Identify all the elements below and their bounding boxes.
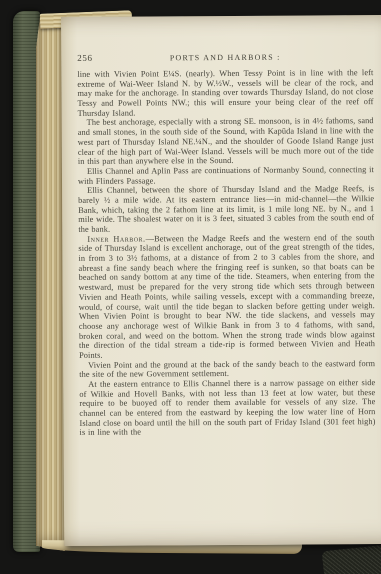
paragraph-continuation: line with Vivien Point E¼S. (nearly). Wh…: [77, 68, 373, 118]
paragraph-text: At the eastern entrance to Ellis Channel…: [79, 378, 375, 437]
paragraph-text: Ellis Channel, between the shore of Thur…: [78, 184, 374, 234]
paragraph: Ellis Channel, between the shore of Thur…: [78, 184, 374, 234]
paragraph: Vivien Point and the ground at the back …: [79, 359, 375, 380]
paragraph-text: line with Vivien Point E¼S. (nearly). Wh…: [77, 68, 373, 118]
book-cover-edge: [13, 11, 40, 552]
back-cover-corner: [322, 545, 381, 574]
paragraph: Ellis Channel and Aplin Pass are continu…: [78, 165, 374, 186]
section-heading: Inner Harbor.: [87, 234, 145, 243]
book-page: 256 PORTS AND HARBORS : line with Vivien…: [61, 15, 381, 546]
paragraph: At the eastern entrance to Ellis Channel…: [79, 378, 375, 438]
paragraph-text: Ellis Channel and Aplin Pass are continu…: [78, 165, 374, 185]
paragraph-text: The best anchorage, especially with a st…: [78, 117, 374, 167]
paragraph-text: Vivien Point and the ground at the back …: [79, 359, 375, 379]
paragraph-inner-harbor: Inner Harbor.—Between the Madge Reefs an…: [78, 233, 375, 361]
page-header: 256 PORTS AND HARBORS :: [77, 51, 373, 65]
running-head: PORTS AND HARBORS :: [77, 52, 373, 63]
page-body: line with Vivien Point E¼S. (nearly). Wh…: [77, 68, 375, 438]
book-photo: 256 PORTS AND HARBORS : line with Vivien…: [0, 0, 381, 574]
paragraph-text: —Between the Madge Reefs and the western…: [78, 233, 375, 360]
paragraph: The best anchorage, especially with a st…: [78, 117, 374, 167]
